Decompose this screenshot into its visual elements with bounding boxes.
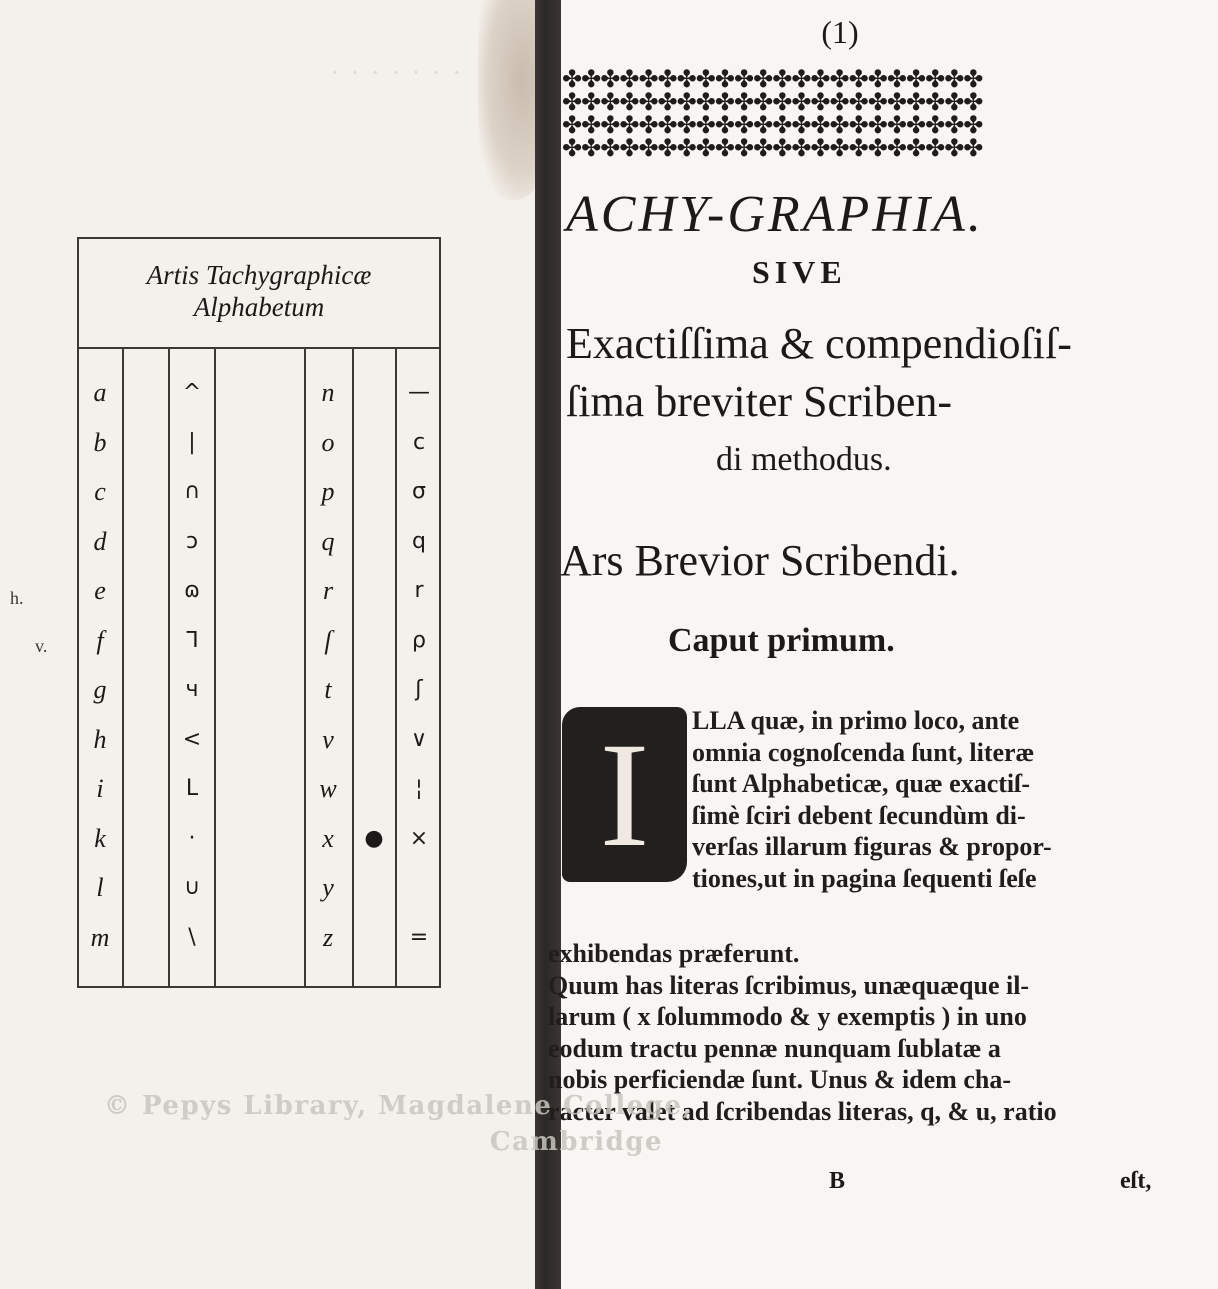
table-cell-letter: m	[80, 923, 120, 953]
copyright-watermark: © Pepys Library, Magdalene College, Camb…	[104, 1088, 693, 1160]
table-cell-sign: ᒣ	[172, 626, 212, 656]
table-cell-sign: ɔ	[172, 527, 212, 557]
table-title-line2: Alphabetum	[79, 291, 439, 323]
subtitle-line: di methodus.	[566, 431, 1166, 489]
table-cell-sign2: r	[399, 576, 439, 606]
signature-mark: B	[829, 1168, 845, 1195]
table-cell-letter: g	[80, 675, 120, 705]
table-cell-letter2: q	[308, 527, 348, 557]
drop-cap-letter: I	[600, 720, 650, 870]
table-cell-sign2: ρ	[399, 626, 439, 656]
page-number: (1)	[800, 14, 880, 51]
table-cell-sign: \	[172, 923, 212, 953]
table-cell-letter2: p	[308, 477, 348, 507]
text-line: exhibendas præferunt.	[548, 938, 1057, 970]
text-line: ſimè ſciri debent ſecundùm di-	[692, 800, 1052, 832]
text-line: larum ( x ſolummodo & y exemptis ) in un…	[548, 1001, 1057, 1033]
table-cell-sign2: ¦	[399, 774, 439, 804]
page-title: ACHY-GRAPHIA.	[566, 185, 984, 244]
show-through-text: · · · · · · ·	[330, 58, 463, 90]
catchword: eſt,	[1120, 1168, 1151, 1195]
column-divider	[304, 347, 306, 986]
subtitle-line: ſima breviter Scriben-	[566, 373, 1166, 431]
text-line: Quum has literas ſcribimus, unæquæque il…	[548, 970, 1057, 1002]
table-cell-letter2: y	[308, 873, 348, 903]
table-header: Artis Tachygraphicæ Alphabetum	[79, 239, 439, 349]
table-cell-letter2: x	[308, 824, 348, 854]
table-title-line1: Artis Tachygraphicæ	[79, 259, 439, 291]
table-cell-sign2: —	[399, 378, 439, 408]
column-divider	[168, 347, 170, 986]
chapter-heading: Caput primum.	[668, 622, 895, 660]
column-divider	[122, 347, 124, 986]
decorated-drop-cap: I	[562, 707, 687, 882]
paragraph-1: LLA quæ, in primo loco, ante omnia cogno…	[692, 705, 1052, 895]
text-line: ſunt Alphabeticæ, quæ exactiſ-	[692, 768, 1052, 800]
text-line: eodum tractu pennæ nunquam ſublatæ a	[548, 1033, 1057, 1065]
water-stain	[478, 0, 540, 200]
margin-mark: v.	[35, 636, 47, 657]
table-cell-sign: ∪	[172, 873, 212, 903]
table-cell-letter: l	[80, 873, 120, 903]
table-cell-letter: d	[80, 527, 120, 557]
table-cell-letter: i	[80, 774, 120, 804]
subtitle-line: Exactiſſima & compendioſiſ-	[566, 315, 1166, 373]
title-sive: SIVE	[752, 254, 847, 291]
table-cell-letter: f	[80, 626, 120, 656]
section-heading: Ars Brevior Scribendi.	[560, 535, 960, 586]
table-cell-extra: ●	[354, 824, 394, 854]
column-divider	[214, 347, 216, 986]
table-cell-letter2: v	[308, 725, 348, 755]
table-cell-sign2: σ	[399, 477, 439, 507]
column-divider	[395, 347, 397, 986]
watermark-line2: Cambridge	[104, 1124, 693, 1160]
table-cell-sign2: =	[399, 923, 439, 953]
table-cell-sign: <	[172, 725, 212, 755]
table-cell-sign2: ∨	[399, 725, 439, 755]
table-cell-letter2: ſ	[308, 626, 348, 656]
table-cell-letter: a	[80, 378, 120, 408]
shorthand-alphabet-table: Artis Tachygraphicæ Alphabetum	[77, 237, 441, 988]
table-cell-sign: ^	[172, 378, 212, 408]
table-cell-sign: ∩	[172, 477, 212, 507]
table-cell-letter: k	[80, 824, 120, 854]
table-cell-letter2: n	[308, 378, 348, 408]
text-line: LLA quæ, in primo loco, ante	[692, 705, 1052, 737]
table-cell-sign2: ×	[399, 824, 439, 854]
table-cell-letter2: t	[308, 675, 348, 705]
column-divider	[352, 347, 354, 986]
table-cell-letter2: z	[308, 923, 348, 953]
table-cell-sign: ɷ	[172, 576, 212, 606]
table-cell-letter: b	[80, 428, 120, 458]
table-cell-letter2: w	[308, 774, 348, 804]
table-cell-letter2: o	[308, 428, 348, 458]
table-cell-letter: h	[80, 725, 120, 755]
subtitle: Exactiſſima & compendioſiſ- ſima brevite…	[566, 315, 1166, 489]
table-cell-letter: e	[80, 576, 120, 606]
text-line: omnia cognoſcenda ſunt, literæ	[692, 737, 1052, 769]
table-cell-sign: L	[172, 774, 212, 804]
table-cell-letter: c	[80, 477, 120, 507]
table-cell-sign: ч	[172, 675, 212, 705]
watermark-line1: © Pepys Library, Magdalene College,	[104, 1088, 693, 1124]
ornament-row: ✤✤✤✤✤✤✤✤✤✤✤✤✤✤✤✤✤✤✤✤✤✤	[562, 137, 1150, 160]
table-cell-letter2: r	[308, 576, 348, 606]
table-cell-sign: |	[172, 428, 212, 458]
ornamental-border: ✤✤✤✤✤✤✤✤✤✤✤✤✤✤✤✤✤✤✤✤✤✤✤✤✤✤✤✤✤✤✤✤✤✤✤✤✤✤✤✤…	[562, 68, 1150, 168]
table-cell-sign2: c	[399, 428, 439, 458]
table-cell-sign: ·	[172, 824, 212, 854]
table-cell-sign2: ʃ	[399, 675, 439, 705]
text-line: tiones,ut in pagina ſequenti ſeſe	[692, 863, 1052, 895]
table-cell-sign2: q	[399, 527, 439, 557]
text-line: verſas illarum figuras & propor-	[692, 831, 1052, 863]
margin-mark: h.	[10, 588, 24, 609]
